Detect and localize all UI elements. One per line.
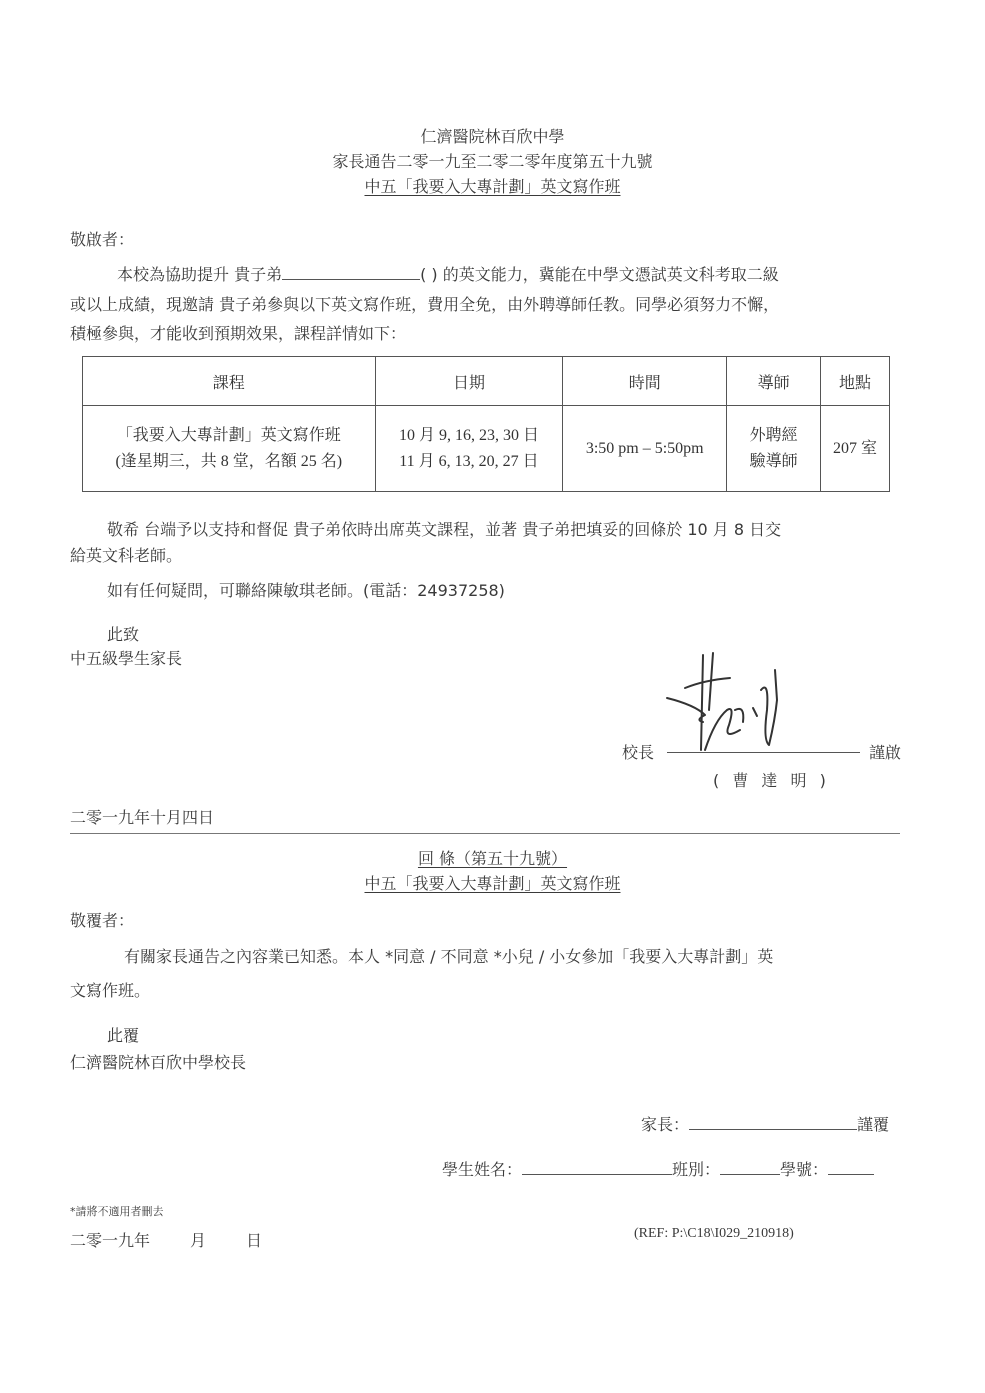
student-info-fields: 學生姓名：班別：學號： bbox=[442, 1157, 874, 1180]
reply-body-line1: 有關家長通告之內容業已知悉。本人 *同意 / 不同意 *小兒 / 小女參加「我要… bbox=[124, 944, 773, 967]
course-info: (逢星期三，共 8 堂，名額 25 名) bbox=[83, 449, 375, 475]
reply-title-wrap: 回 條（第五十九號） bbox=[0, 846, 985, 869]
tutor-line2: 驗導師 bbox=[727, 449, 820, 475]
para1-line1: 本校為協助提升 貴子弟( ) 的英文能力，冀能在中學文憑試英文科考取二級 bbox=[117, 262, 779, 285]
reply-salutation: 敬覆者： bbox=[70, 908, 134, 931]
cell-venue: 207 室 bbox=[821, 406, 890, 492]
parent-suffix: 謹覆 bbox=[857, 1115, 889, 1134]
class-label: 班別： bbox=[672, 1160, 720, 1179]
student-no-field[interactable] bbox=[828, 1160, 874, 1175]
signature-icon bbox=[665, 650, 815, 760]
para1-line3: 積極參與，才能收到預期效果，課程詳情如下： bbox=[70, 321, 406, 344]
reference-code: (REF: P:\C18\I029_210918) bbox=[634, 1226, 794, 1242]
notice-date: 二零一九年十月四日 bbox=[70, 805, 214, 828]
parent-signature-field[interactable]: 家長：謹覆 bbox=[641, 1112, 889, 1135]
cell-course: 「我要入大專計劃」英文寫作班 (逢星期三，共 8 堂，名額 25 名) bbox=[83, 406, 376, 492]
reply-subject-wrap: 中五「我要入大專計劃」英文寫作班 bbox=[0, 871, 985, 894]
para1-text-b: ( ) 的英文能力，冀能在中學文憑試英文科考取二級 bbox=[420, 265, 779, 284]
reply-date-month: 月 bbox=[190, 1231, 206, 1250]
student-name-label: 學生姓名： bbox=[442, 1160, 522, 1179]
para1-line2: 或以上成績，現邀請 貴子弟參與以下英文寫作班，費用全免，由外聘導師任教。同學必須… bbox=[70, 292, 779, 315]
para2-line2: 給英文科老師。 bbox=[70, 543, 182, 566]
para2-line1: 敬希 台端予以支持和督促 貴子弟依時出席英文課程，並著 貴子弟把填妥的回條於 1… bbox=[107, 517, 781, 540]
parent-signature-blank[interactable] bbox=[689, 1115, 857, 1130]
class-field[interactable] bbox=[720, 1160, 780, 1175]
table-row: 「我要入大專計劃」英文寫作班 (逢星期三，共 8 堂，名額 25 名) 10 月… bbox=[83, 406, 890, 492]
principal-label: 校長 bbox=[622, 740, 654, 763]
reply-body-line2: 文寫作班。 bbox=[70, 978, 150, 1001]
reply-date-day: 日 bbox=[246, 1231, 262, 1250]
header-venue: 地點 bbox=[821, 357, 890, 406]
header-course: 課程 bbox=[83, 357, 376, 406]
principal-suffix: 謹啟 bbox=[869, 740, 901, 763]
footnote: *請將不適用者刪去 bbox=[70, 1203, 164, 1219]
header-date: 日期 bbox=[375, 357, 563, 406]
cell-tutor: 外聘經 驗導師 bbox=[727, 406, 821, 492]
parent-label: 家長： bbox=[641, 1115, 689, 1134]
tear-off-divider bbox=[70, 833, 900, 834]
reply-date: 二零一九年月日 bbox=[70, 1228, 262, 1251]
regards: 此致 bbox=[107, 622, 139, 645]
cell-time: 3:50 pm – 5:50pm bbox=[563, 406, 727, 492]
reply-title: 回 條（第五十九號） bbox=[418, 849, 567, 868]
school-name: 仁濟醫院林百欣中學 bbox=[0, 124, 985, 147]
course-schedule-table: 課程 日期 時間 導師 地點 「我要入大專計劃」英文寫作班 (逢星期三，共 8 … bbox=[82, 356, 890, 492]
para1-text-a: 本校為協助提升 貴子弟 bbox=[117, 265, 282, 284]
reply-recipient: 仁濟醫院林百欣中學校長 bbox=[70, 1050, 246, 1073]
recipient: 中五級學生家長 bbox=[70, 646, 182, 669]
header-time: 時間 bbox=[563, 357, 727, 406]
notice-subject-wrap: 中五「我要入大專計劃」英文寫作班 bbox=[0, 174, 985, 197]
cell-dates: 10 月 9, 16, 23, 30 日 11 月 6, 13, 20, 27 … bbox=[375, 406, 563, 492]
reply-subject: 中五「我要入大專計劃」英文寫作班 bbox=[364, 874, 620, 893]
header-tutor: 導師 bbox=[727, 357, 821, 406]
dates-november: 11 月 6, 13, 20, 27 日 bbox=[376, 449, 563, 475]
tutor-line1: 外聘經 bbox=[727, 423, 820, 449]
notice-subject: 中五「我要入大專計劃」英文寫作班 bbox=[364, 177, 620, 196]
contact-line: 如有任何疑問，可聯絡陳敏琪老師。(電話：24937258) bbox=[107, 578, 505, 601]
student-no-label: 學號： bbox=[780, 1160, 828, 1179]
student-name-field[interactable] bbox=[522, 1160, 672, 1175]
course-name: 「我要入大專計劃」英文寫作班 bbox=[83, 423, 375, 449]
dates-october: 10 月 9, 16, 23, 30 日 bbox=[376, 423, 563, 449]
reply-date-year: 二零一九年 bbox=[70, 1231, 150, 1250]
principal-name: ( 曹 達 明 ) bbox=[713, 768, 830, 791]
notice-number: 家長通告二零一九至二零二零年度第五十九號 bbox=[0, 149, 985, 172]
student-name-blank bbox=[282, 265, 420, 280]
reply-regards: 此覆 bbox=[107, 1023, 139, 1046]
table-header-row: 課程 日期 時間 導師 地點 bbox=[83, 357, 890, 406]
salutation: 敬啟者： bbox=[70, 227, 134, 250]
